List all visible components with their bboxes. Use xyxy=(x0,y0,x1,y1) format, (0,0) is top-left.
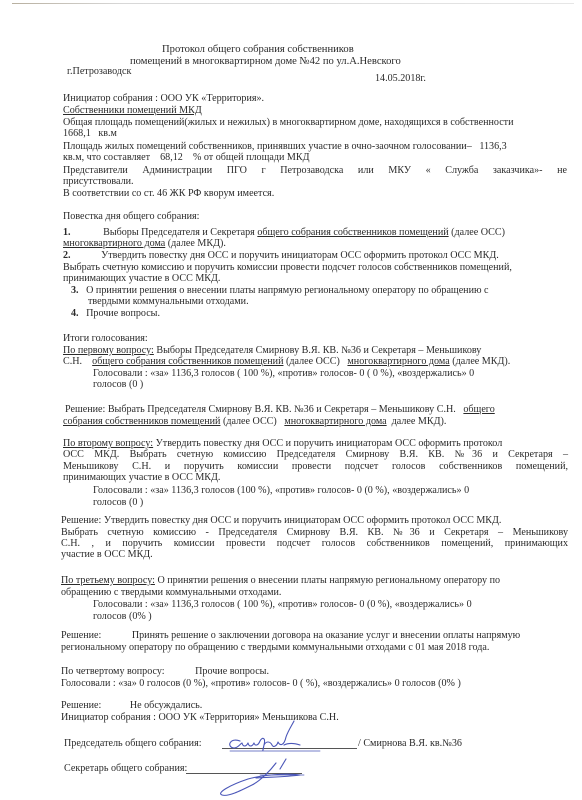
protocol-document: Протокол общего собрания собственников п… xyxy=(0,0,582,800)
q1-decision: Решение: Выбрать Председателя Смирнову В… xyxy=(65,404,495,416)
initiator-line: Инициатор собрания : ООО УК «Территория»… xyxy=(63,93,264,105)
chair-name: / Смирнова В.Я. кв.№36 xyxy=(358,738,462,750)
q3-label: По третьему вопросу: xyxy=(61,575,155,586)
participants-percent-line: кв.м, что составляет 68,12 % от общей пл… xyxy=(63,152,309,164)
q3-vote-line: Голосовали : «за» 1136,3 голосов ( 100 %… xyxy=(93,599,472,611)
q2-line-4: принимающих участие в ОСС МКД. xyxy=(63,472,220,484)
document-subtitle: помещений в многоквартирном доме №42 по … xyxy=(130,56,401,68)
q3-decision-line-2: региональному оператору по обращению с т… xyxy=(61,642,489,654)
participants-percent: 68,12 xyxy=(160,152,183,163)
q3-line-2: обращению с твердыми коммунальными отход… xyxy=(61,587,281,599)
admin-line-2: присутствовали. xyxy=(63,176,134,188)
q1-line-2: С.Н. общего собрания собственников помещ… xyxy=(63,356,510,368)
q2-line-2: ОСС МКД. Выбрать счетную комиссию Предсе… xyxy=(63,449,568,461)
q4-vote-line: Голосовали : «за» 0 голосов (0 %), «прот… xyxy=(61,678,461,690)
q3-decision: Решение: Принять решение о заключении до… xyxy=(61,630,520,642)
total-area-unit: кв.м xyxy=(98,128,117,139)
participants-area: 1136,3 xyxy=(479,141,506,152)
document-date: 14.05.2018г. xyxy=(375,73,426,85)
agenda-item-2-line-3: принимающих участие в ОСС МКД. xyxy=(63,273,220,285)
secretary-label: Секретарь общего собрания: xyxy=(64,763,187,775)
q2-decision: Решение: Утвердить повестку дня ОСС и по… xyxy=(61,515,501,527)
q1-vote-line: Голосовали : «за» 1136,3 голосов ( 100 %… xyxy=(93,368,474,380)
q4-label: По четвертому вопросу: xyxy=(61,666,165,677)
q3-line-1: По третьему вопросу: О принятии решения … xyxy=(61,575,568,587)
q2-vote-line-2: голосов (0 ) xyxy=(93,497,143,509)
agenda-item-1-cont: многоквартирного дома (далее МКД). xyxy=(63,238,226,250)
q3-vote-line-2: голосов (0% ) xyxy=(93,611,152,623)
admin-line: Представители Администрации ПГО г Петроз… xyxy=(63,165,567,177)
total-area-line: Общая площадь помещений(жилых и нежилых)… xyxy=(63,117,514,129)
total-area-value: 1668,1 xyxy=(63,128,91,139)
q1-decision-line-2: собрания собственников помещений (далее … xyxy=(63,416,446,428)
q4-decision: Решение: Не обсуждались. xyxy=(61,700,202,712)
q2-label: По второму вопросу: xyxy=(63,438,153,449)
quorum-line: В соответствии со ст. 46 ЖК РФ кворум им… xyxy=(63,188,274,200)
owners-heading: Собственники помещений МКД xyxy=(63,105,202,117)
q1-label: По первому вопросу: xyxy=(63,345,154,356)
chair-label: Председатель общего собрания: xyxy=(64,738,202,750)
results-heading: Итоги голосования: xyxy=(63,333,148,345)
signature-icon xyxy=(200,715,330,800)
q4-line: По четвертому вопросу: Прочие вопросы. xyxy=(61,666,269,678)
agenda-heading: Повестка дня общего собрания: xyxy=(63,211,199,223)
agenda-item-4: 4. Прочие вопросы. xyxy=(71,308,160,320)
document-title: Протокол общего собрания собственников xyxy=(162,44,354,56)
agenda-item-2: 2. Утвердить повестку дня ОСС и поручить… xyxy=(63,250,567,262)
q2-vote-line: Голосовали : «за» 1136,3 голосов (100 %)… xyxy=(93,485,469,497)
agenda-item-3-line-2: твердыми коммунальными отходами. xyxy=(88,296,249,308)
total-area-value-line: 1668,1 кв.м xyxy=(63,128,117,140)
city: г.Петрозаводск xyxy=(67,66,131,78)
q1-vote-line-2: голосов (0 ) xyxy=(93,379,143,391)
q2-decision-line-4: участие в ОСС МКД. xyxy=(61,549,153,561)
